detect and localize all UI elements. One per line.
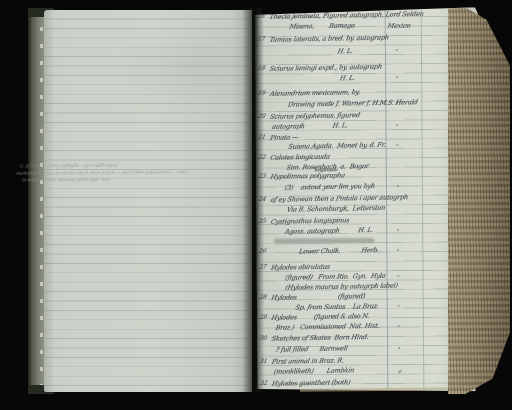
- register-line: H. L.: [337, 48, 353, 55]
- register-line: ? full filled Barnwell: [275, 345, 348, 353]
- ditto-mark: ": [394, 75, 398, 83]
- erased-entry-smudge: [274, 238, 374, 244]
- register-line: Sciurus laningi expd., by. autograph: [269, 64, 382, 73]
- ditto-mark: ": [395, 184, 399, 192]
- register-line: Lower Chalk. Herb.: [298, 247, 379, 255]
- register-line: Calotes longicauda: [270, 154, 331, 162]
- register-line: Sp. from Santos La Braz.: [295, 303, 380, 311]
- register-line: Braz.) Commissioned Nat. Hist.: [275, 323, 380, 332]
- register-line: Thecla jemineta, Figured autograph. Lord…: [269, 11, 424, 20]
- register-line: Pinata —: [270, 134, 299, 141]
- ditto-mark: +: [397, 368, 404, 376]
- ditto-mark: ": [396, 274, 400, 282]
- register-line: Misena, Bamaga: [289, 22, 356, 30]
- register-line: (monkliketh) Lambkin: [273, 367, 354, 375]
- register-line: First animal in Braz. R.: [271, 357, 344, 365]
- register-line: Suiena Agada. Monet by. d. Fr.: [288, 142, 387, 150]
- register-line: Agass. autograph H. L.: [284, 227, 374, 235]
- register-line: Hylodes (figured & also N.: [271, 313, 370, 321]
- ditto-mark: ": [395, 143, 399, 151]
- register-line: Hylodes abirulatus: [270, 264, 330, 272]
- register-line: Via R. Schomburgk, Letterston: [286, 205, 386, 213]
- ditto-mark: ": [396, 324, 400, 332]
- ditto-mark: ": [396, 248, 400, 256]
- register-line: Mexico: [387, 22, 411, 29]
- ditto-mark: ": [396, 346, 400, 354]
- register-line: (figured) From Rio. Gyn. Hyla: [285, 273, 386, 281]
- ditto-mark: ": [394, 48, 398, 56]
- register-line: (Hylodes maurus by autogrph label): [285, 282, 399, 291]
- register-line: Tamias lateralis, a bred. by. autograph: [269, 34, 390, 43]
- register-line: af ey Showan then a Pintala i aper autog…: [270, 194, 409, 203]
- book-photo: 17 23 16Thecla jemineta, Figured autogra…: [0, 0, 512, 410]
- register-line: H. L.: [339, 75, 355, 82]
- left-page: [44, 10, 252, 392]
- register-line: autograph H. L.: [272, 122, 349, 130]
- register-line: Cystignathus longispinus: [270, 217, 350, 225]
- ditto-mark: ": [396, 304, 400, 312]
- register-line: Hypolimnas polygrapha: [270, 172, 346, 180]
- fore-edge-page-stack: [448, 8, 510, 394]
- register-line: (3) autout your lim you byh: [284, 183, 376, 191]
- under-page-sliver: [300, 387, 462, 391]
- spine-stitching: [40, 14, 43, 388]
- register-line: Hylodes guentheri (both): [271, 379, 351, 387]
- ditto-mark: ": [396, 228, 400, 236]
- register-line: Hylodes (figured): [271, 293, 366, 301]
- ditto-mark: ": [395, 123, 399, 131]
- register-line: Sketches of Skates Born Hind.: [271, 334, 369, 342]
- register-line: Alexandrium mexicanum, by.: [269, 89, 360, 97]
- gutter-shadow: [242, 8, 264, 392]
- register-line: Sciurus polyphemus, figured: [269, 112, 360, 120]
